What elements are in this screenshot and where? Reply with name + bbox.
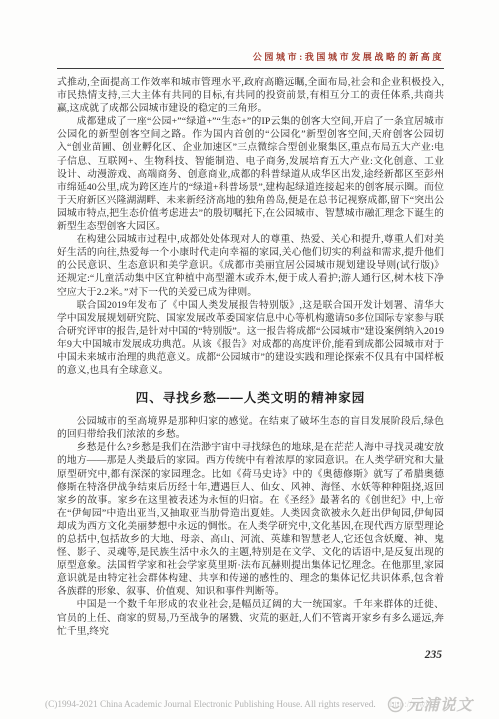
body-paragraph: 成都建成了一座“公园+”“绿道+”“生态+”的IP云集的创客大空间,开启了一条宜… — [57, 115, 444, 233]
body-paragraph: 中国是一个数千年形成的农业社会,是幅员辽阔的大一统国家。千年来群体的迁徙、官员的… — [57, 598, 444, 637]
body-paragraph: 乡愁是什么?乡愁是我们在浩渺宇宙中寻找绿色的地球,是在茫茫人海中寻找灵魂安放的地… — [57, 441, 444, 598]
smiley-icon — [387, 696, 404, 713]
body-paragraph: 联合国2019年发布了《中国人类发展报告特别版》,这是联合国开发计划署、清华大学… — [57, 299, 444, 378]
watermark-label: 元浦说文 — [407, 693, 473, 715]
page-content: 公园城市:我国城市发展战略的新高度 式推动,全面提高工作效率和城市管理水平,政府… — [57, 50, 444, 661]
body-paragraph: 式推动,全面提高工作效率和城市管理水平,政府高瞻远瞩,全面布局,社会和企业积极投… — [57, 76, 444, 115]
publisher-watermark: 元浦说文 — [383, 693, 473, 715]
footer: (C)1994-2021 China Academic Journal Elec… — [45, 700, 438, 710]
journal-page: 公园城市:我国城市发展战略的新高度 式推动,全面提高工作效率和城市管理水平,政府… — [0, 0, 499, 719]
page-number: 235 — [57, 649, 444, 661]
running-title: 公园城市:我国城市发展战略的新高度 — [57, 50, 444, 63]
footer-copyright: (C)1994-2021 China Academic Journal Elec… — [45, 700, 376, 710]
body-paragraph: 在构建公园城市过程中,成都处处体现对人的尊重、热爱、关心和提升,尊重人们对美好生… — [57, 233, 444, 298]
section-heading: 四、寻找乡愁——人类文明的精神家园 — [57, 388, 444, 406]
header-rule — [57, 68, 444, 69]
body-paragraph: 公园城市的至高境界是那种归家的感觉。在结束了破坏生态的盲目发展阶段后,绿色的回归… — [57, 415, 444, 441]
